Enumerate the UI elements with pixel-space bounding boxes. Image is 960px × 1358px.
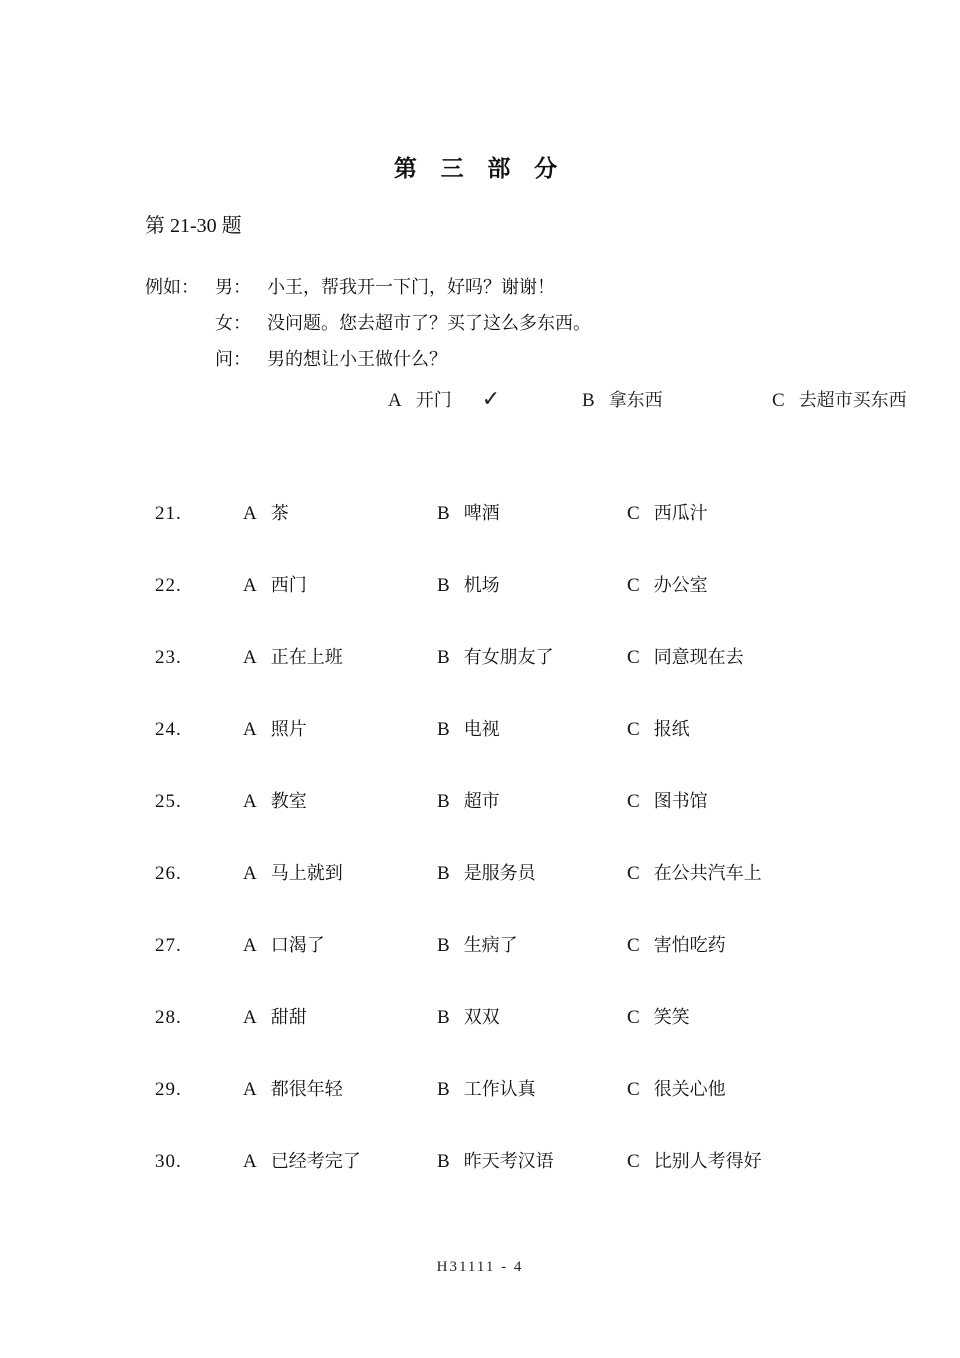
questions-list: 21. A茶 B啤酒 C西瓜汁 22. A西门 B机场 C办公室 23. A正在… [145,500,960,1175]
option-text: 是服务员 [464,863,536,883]
example-options-row: A开门✓ B拿东西 C去超市买东西 [290,386,960,414]
option-a: A口渴了 [243,932,437,959]
option-b: B机场 [437,572,627,599]
option-text: 笑笑 [654,1007,690,1027]
option-text: 很关心他 [654,1079,726,1099]
option-letter-c: C [627,645,640,671]
option-a: A正在上班 [243,644,437,671]
page-title: 第 三 部 分 [0,0,960,183]
option-letter-a: A [243,717,257,743]
option-text: 正在上班 [271,647,343,667]
option-c: C在公共汽车上 [627,860,960,887]
option-letter-c: C [627,501,640,527]
dialogue-text: 小王，帮我开一下门，好吗？谢谢！ [267,274,555,300]
option-letter-c: C [627,933,640,959]
option-letter-c: C [627,717,640,743]
option-text: 拿东西 [609,390,663,410]
option-text: 昨天考汉语 [464,1151,554,1171]
question-row-29: 29. A都很年轻 B工作认真 C很关心他 [145,1076,960,1103]
option-text: 甜甜 [271,1007,307,1027]
example-line-male: 例如： 男： 小王，帮我开一下门，好吗？谢谢！ [145,274,960,300]
option-text: 开门 [416,390,452,410]
option-text: 超市 [464,791,500,811]
option-a: A已经考完了 [243,1148,437,1175]
option-letter-a: A [243,501,257,527]
option-b: B双双 [437,1004,627,1031]
option-letter-b: B [437,645,450,671]
option-c: C同意现在去 [627,644,960,671]
example-option-c: C去超市买东西 [772,387,960,414]
option-a: A西门 [243,572,437,599]
option-text: 在公共汽车上 [654,863,762,883]
option-a: A茶 [243,500,437,527]
option-b: B工作认真 [437,1076,627,1103]
option-text: 办公室 [654,575,708,595]
option-letter-a: A [243,933,257,959]
example-option-b: B拿东西 [582,387,772,414]
option-letter-b: B [437,717,450,743]
option-letter-c: C [627,861,640,887]
question-row-21: 21. A茶 B啤酒 C西瓜汁 [145,500,960,527]
option-text: 西瓜汁 [654,503,708,523]
option-letter-c: C [627,1005,640,1031]
option-letter-a: A [243,1077,257,1103]
option-letter-c: C [627,789,640,815]
question-number: 28. [145,1005,243,1031]
option-letter-b: B [437,933,450,959]
question-row-30: 30. A已经考完了 B昨天考汉语 C比别人考得好 [145,1148,960,1175]
option-text: 图书馆 [654,791,708,811]
option-text: 工作认真 [464,1079,536,1099]
page-footer-code: H31111 - 4 [0,1259,960,1276]
option-text: 啤酒 [464,503,500,523]
option-a: A教室 [243,788,437,815]
option-letter-a: A [243,645,257,671]
option-b: B是服务员 [437,860,627,887]
option-text: 害怕吃药 [654,935,726,955]
question-number: 25. [145,789,243,815]
example-line-question: 问： 男的想让小王做什么？ [145,346,960,372]
question-row-24: 24. A照片 B电视 C报纸 [145,716,960,743]
option-c: C笑笑 [627,1004,960,1031]
example-block: 例如： 男： 小王，帮我开一下门，好吗？谢谢！ 女： 没问题。您去超市了？买了这… [145,274,960,414]
question-row-23: 23. A正在上班 B有女朋友了 C同意现在去 [145,644,960,671]
speaker-label: 男： [215,274,267,300]
option-text: 报纸 [654,719,690,739]
question-row-27: 27. A口渴了 B生病了 C害怕吃药 [145,932,960,959]
option-letter-b: B [437,861,450,887]
option-letter-a: A [243,1005,257,1031]
example-line-female: 女： 没问题。您去超市了？买了这么多东西。 [145,310,960,336]
option-text: 比别人考得好 [654,1151,762,1171]
option-c: C办公室 [627,572,960,599]
option-b: B生病了 [437,932,627,959]
question-row-25: 25. A教室 B超市 C图书馆 [145,788,960,815]
option-a: A都很年轻 [243,1076,437,1103]
option-text: 西门 [271,575,307,595]
option-c: C图书馆 [627,788,960,815]
option-letter-b: B [437,1077,450,1103]
option-letter-c: C [627,1077,640,1103]
option-text: 同意现在去 [654,647,744,667]
section-range-label: 第 21-30 题 [145,209,960,238]
option-b: B有女朋友了 [437,644,627,671]
option-a: A马上就到 [243,860,437,887]
option-c: C害怕吃药 [627,932,960,959]
question-number: 24. [145,717,243,743]
question-number: 23. [145,645,243,671]
option-letter-b: B [437,573,450,599]
question-number: 26. [145,861,243,887]
option-b: B昨天考汉语 [437,1148,627,1175]
question-number: 21. [145,501,243,527]
option-letter-a: A [388,388,402,414]
question-number: 22. [145,573,243,599]
option-c: C很关心他 [627,1076,960,1103]
option-a: A照片 [243,716,437,743]
option-text: 口渴了 [271,935,325,955]
option-letter-b: B [437,1005,450,1031]
option-letter-b: B [582,388,595,414]
option-text: 机场 [464,575,500,595]
option-letter-c: C [772,388,785,414]
example-option-a: A开门✓ [388,386,582,414]
option-c: C西瓜汁 [627,500,960,527]
option-a: A甜甜 [243,1004,437,1031]
option-text: 都很年轻 [271,1079,343,1099]
option-text: 有女朋友了 [464,647,554,667]
speaker-label: 女： [215,310,267,336]
question-row-28: 28. A甜甜 B双双 C笑笑 [145,1004,960,1031]
option-letter-b: B [437,1149,450,1175]
option-text: 教室 [271,791,307,811]
question-row-26: 26. A马上就到 B是服务员 C在公共汽车上 [145,860,960,887]
option-b: B电视 [437,716,627,743]
option-c: C比别人考得好 [627,1148,960,1175]
option-text: 已经考完了 [271,1151,361,1171]
option-letter-b: B [437,789,450,815]
option-text: 马上就到 [271,863,343,883]
question-number: 29. [145,1077,243,1103]
option-letter-a: A [243,861,257,887]
option-text: 双双 [464,1007,500,1027]
dialogue-text: 男的想让小王做什么？ [267,346,447,372]
option-b: B啤酒 [437,500,627,527]
option-text: 茶 [271,503,289,523]
question-number: 30. [145,1149,243,1175]
option-c: C报纸 [627,716,960,743]
option-text: 照片 [271,719,307,739]
speaker-label: 问： [215,346,267,372]
option-letter-c: C [627,573,640,599]
option-letter-a: A [243,789,257,815]
option-text: 去超市买东西 [799,390,907,410]
exam-page: 第 三 部 分 第 21-30 题 例如： 男： 小王，帮我开一下门，好吗？谢谢… [0,0,960,1358]
option-letter-c: C [627,1149,640,1175]
checkmark-icon: ✓ [482,386,500,412]
option-letter-b: B [437,501,450,527]
option-text: 生病了 [464,935,518,955]
example-label: 例如： [145,274,215,300]
question-row-22: 22. A西门 B机场 C办公室 [145,572,960,599]
option-text: 电视 [464,719,500,739]
question-number: 27. [145,933,243,959]
dialogue-text: 没问题。您去超市了？买了这么多东西。 [267,310,591,336]
option-letter-a: A [243,573,257,599]
option-letter-a: A [243,1149,257,1175]
option-b: B超市 [437,788,627,815]
